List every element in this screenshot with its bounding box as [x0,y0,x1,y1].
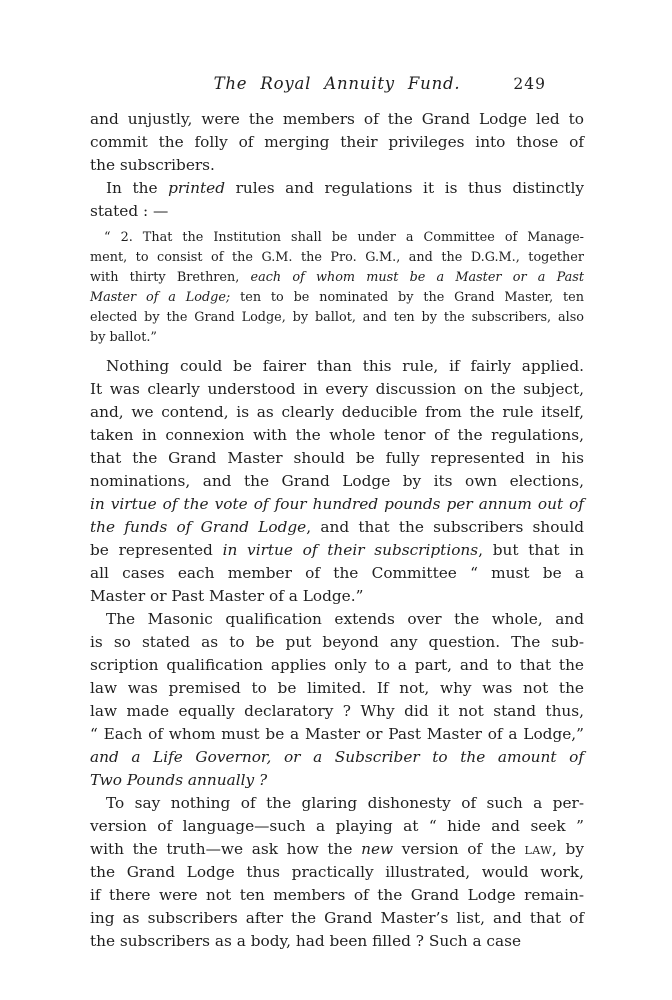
emphasized-text: Two Pounds annually ? [90,771,267,789]
text-line: law made equally declaratory ? Why did i… [90,700,584,723]
text-line: Nothing could be fairer than this rule, … [90,355,584,378]
running-header: The Royal Annuity Fund. 249 [90,74,584,96]
text-segment: To say nothing of the glaring dishonesty… [106,794,584,812]
text-segment: It was clearly understood in every discu… [90,380,584,398]
text-line: the subscribers. [90,154,584,177]
text-segment: ing as subscribers after the Grand Maste… [90,909,584,927]
text-line: in virtue of the vote of four hundred po… [90,493,584,516]
text-line: be represented in virtue of their subscr… [90,539,584,562]
quoted-rule-block: “ 2. That the Institution shall be under… [90,228,584,348]
text-segment: The Masonic qualification extends over t… [106,610,584,628]
text-line: Master of a Lodge; ten to be nominated b… [90,288,584,308]
emphasized-text: and a Life Governor, or a Subscriber to … [90,748,584,766]
text-line: To say nothing of the glaring dishonesty… [90,792,584,815]
text-line: law was premised to be limited. If not, … [90,677,584,700]
text-segment: rules and regulations it is thus distinc… [225,179,584,197]
text-line: that the Grand Master should be fully re… [90,447,584,470]
text-segment: ment, to consist of the G.M. the Pro. G.… [90,250,584,265]
text-segment: “ 2. That the Institution shall be under… [104,230,584,245]
emphasized-text: new [361,840,393,858]
emphasized-text: the funds of Grand Lodge [90,518,306,536]
text-segment: , by [552,840,584,858]
text-segment: with thirty Brethren, [90,270,251,285]
text-segment: , but that in [478,541,584,559]
emphasized-text: in virtue of the vote of four hundred po… [90,495,584,513]
paragraph: To say nothing of the glaring dishonesty… [90,792,584,953]
text-segment: scription qualification applies only to … [90,656,584,674]
paragraph: In the printed rules and regulations it … [90,177,584,223]
text-line: taken in connexion with the whole tenor … [90,424,584,447]
text-line: Master or Past Master of a Lodge.” [90,585,584,608]
text-segment: In the [106,179,168,197]
text-segment: and unjustly, were the members of the Gr… [90,110,584,128]
text-line: nominations, and the Grand Lodge by its … [90,470,584,493]
text-segment: the Grand Lodge thus practically illustr… [90,863,584,881]
text-segment: the subscribers as a body, had been fill… [90,932,521,950]
text-line: ing as subscribers after the Grand Maste… [90,907,584,930]
text-line: and unjustly, were the members of the Gr… [90,108,584,131]
text-line: with thirty Brethren, each of whom must … [90,268,584,288]
text-line: “ 2. That the Institution shall be under… [90,228,584,248]
text-line: and, we contend, is as clearly deducible… [90,401,584,424]
text-line: scription qualification applies only to … [90,654,584,677]
text-line: The Masonic qualification extends over t… [90,608,584,631]
text-segment: Master or Past Master of a Lodge.” [90,587,363,605]
text-segment: , and that the subscribers should [306,518,584,536]
text-line: the Grand Lodge thus practically illustr… [90,861,584,884]
emphasized-text: each of whom must be a Master or a Past [251,270,584,285]
text-line: by ballot.” [90,328,584,348]
text-line: It was clearly understood in every discu… [90,378,584,401]
text-segment: “ Each of whom must be a Master or Past … [90,725,584,743]
text-segment: elected by the Grand Lodge, by ballot, a… [90,310,584,325]
text-segment: law was premised to be limited. If not, … [90,679,584,697]
text-segment: ten to be nominated by the Grand Master,… [230,290,584,305]
running-title: The Royal Annuity Fund. [90,74,584,93]
text-segment: version of language—such a playing at “ … [90,817,584,835]
paragraph: Nothing could be fairer than this rule, … [90,355,584,608]
text-segment: with the truth—we ask how the [90,840,361,858]
text-column: The Royal Annuity Fund. 249 and unjustly… [90,74,584,953]
text-segment: all cases each member of the Committee “… [90,564,584,582]
text-segment: and, we contend, is as clearly deducible… [90,403,584,421]
text-line: “ Each of whom must be a Master or Past … [90,723,584,746]
text-segment: stated : — [90,202,168,220]
page-body: and unjustly, were the members of the Gr… [90,108,584,953]
text-segment: nominations, and the Grand Lodge by its … [90,472,584,490]
emphasized-text: in virtue of their subscriptions [223,541,479,559]
text-line: and a Life Governor, or a Subscriber to … [90,746,584,769]
text-line: the funds of Grand Lodge, and that the s… [90,516,584,539]
page-number: 249 [513,75,546,93]
paragraph: The Masonic qualification extends over t… [90,608,584,792]
text-segment: taken in connexion with the whole tenor … [90,426,584,444]
emphasized-text: printed [168,179,225,197]
text-line: if there were not ten members of the Gra… [90,884,584,907]
text-segment: Nothing could be fairer than this rule, … [106,357,584,375]
text-segment: commit the folly of merging their privil… [90,133,584,151]
emphasized-text: Master of a Lodge; [90,290,230,305]
text-line: stated : — [90,200,584,223]
text-segment: is so stated as to be put beyond any que… [90,633,584,651]
text-line: is so stated as to be put beyond any que… [90,631,584,654]
text-segment: by ballot.” [90,330,157,345]
text-line: commit the folly of merging their privil… [90,131,584,154]
text-segment: that the Grand Master should be fully re… [90,449,584,467]
text-segment: be represented [90,541,223,559]
smallcaps-text: law [524,840,552,858]
text-line: Two Pounds annually ? [90,769,584,792]
text-segment: the subscribers. [90,156,215,174]
text-line: all cases each member of the Committee “… [90,562,584,585]
text-line: with the truth—we ask how the new versio… [90,838,584,861]
text-segment: version of the [393,840,524,858]
book-page: The Royal Annuity Fund. 249 and unjustly… [0,0,672,1000]
text-line: version of language—such a playing at “ … [90,815,584,838]
text-line: ment, to consist of the G.M. the Pro. G.… [90,248,584,268]
text-line: the subscribers as a body, had been fill… [90,930,584,953]
text-line: In the printed rules and regulations it … [90,177,584,200]
text-segment: if there were not ten members of the Gra… [90,886,584,904]
text-segment: law made equally declaratory ? Why did i… [90,702,584,720]
text-line: elected by the Grand Lodge, by ballot, a… [90,308,584,328]
paragraph: and unjustly, were the members of the Gr… [90,108,584,177]
